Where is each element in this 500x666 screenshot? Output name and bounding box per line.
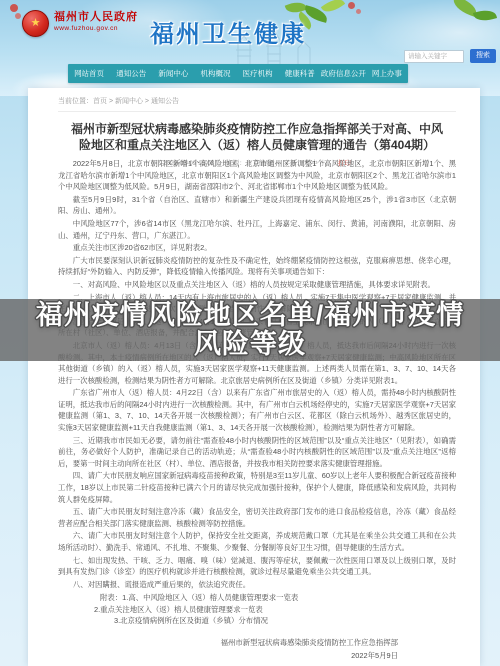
- leaf-icon: [473, 7, 497, 23]
- attachment-item: 2.重点关注地区入（返）榕人员健康管理要求一览表: [94, 604, 456, 616]
- gov-name: 福州市人民政府: [54, 8, 138, 24]
- article-title: 福州市新型冠状病毒感染肺炎疫情防控工作应急指挥部关于对高、中风险地区和重点关注地…: [68, 121, 446, 153]
- article-paragraph: 重点关注市区涉20省62市区，详见附表2。: [58, 242, 456, 254]
- article-paragraph: 八、对因瞒报、谎报造成严重后果的，依法追究责任。: [58, 579, 456, 591]
- search-bar: 搜索: [404, 49, 496, 63]
- watermark-text-line1: 福州疫情风险地区名单/福州市疫情: [36, 301, 465, 330]
- watermark-overlay: 福州疫情风险地区名单/福州市疫情 风险等级: [0, 299, 500, 361]
- article-paragraph: 七、如出现发热、干咳、乏力、咽痛、嗅（味）觉减退、腹泻等症状，要佩戴一次性医用口…: [58, 555, 456, 578]
- gov-url: www.fuzhou.gov.cn: [54, 25, 138, 32]
- article-footer: 附表：1.高、中风险地区入（返）榕人员健康管理要求一览表2.重点关注地区入（返）…: [58, 592, 456, 662]
- gov-logo[interactable]: ★ 福州市人民政府 www.fuzhou.gov.cn: [22, 8, 138, 37]
- article-paragraph: 四、请广大市民朋友响应国家新冠病毒疫苗接种政策，特别是3至11岁儿童、60岁以上…: [58, 470, 456, 505]
- main-nav: 网站首页通知公告新闻中心机构概况医疗机构健康科普政府信息公开网上办事: [68, 64, 408, 83]
- site-banner: ★ 福州市人民政府 www.fuzhou.gov.cn 福州卫生健康 搜索 网站…: [0, 0, 500, 96]
- nav-item[interactable]: 新闻中心: [152, 68, 194, 79]
- flower-decoration: [15, 13, 21, 19]
- nav-item[interactable]: 医疗机构: [237, 68, 279, 79]
- attachment-item: 附表：1.高、中风险地区入（返）榕人员健康管理要求一览表: [100, 592, 456, 604]
- article-paragraph: 六、请广大市民朋友时刻注意个人防护，保持安全社交距离，养成规范戴口罩（尤其是在乘…: [58, 530, 456, 553]
- content-panel: 当前位置：首页 > 新闻中心 > 通知公告 福州市新型冠状病毒感染肺炎疫情防控工…: [28, 88, 480, 666]
- attachment-item: 3.北京疫情病例所在区及街道（乡镇）分布情况: [114, 615, 456, 627]
- article-paragraph: 五、请广大市民朋友时刻注意冷冻（藏）食品安全，密切关注政府部门发布的进口食品检疫…: [58, 506, 456, 529]
- watermark-text-line2: 风险等级: [194, 330, 306, 359]
- signature-block: 福州市新型冠状病毒感染肺炎疫情防控工作应急指挥部 2022年5月9日: [58, 636, 456, 662]
- article-paragraph: 截至5月9日9时，31个省（自治区、直辖市）和新疆生产建设兵团现有疫情高风险地区…: [58, 194, 456, 217]
- search-input[interactable]: [404, 50, 464, 63]
- nav-item[interactable]: 通知公告: [110, 68, 152, 79]
- nav-item[interactable]: 政府信息公开: [321, 68, 366, 79]
- nav-item[interactable]: 网上办事: [366, 68, 408, 79]
- nav-item[interactable]: 健康科普: [279, 68, 321, 79]
- flower-decoration: [356, 9, 361, 14]
- search-button[interactable]: 搜索: [470, 49, 496, 63]
- article-paragraph: 一、对高风险、中风险地区以及重点关注地区入（返）榕的人员按规定采取健康管理措施，…: [58, 279, 456, 291]
- article-paragraph: 广东省广州市人（返）榕人员：4月22日（含）以来有广东省广州市旅居史的入（返）榕…: [58, 387, 456, 433]
- article-paragraph: 中风险地区77个，涉6省14市区（黑龙江哈尔滨、牡丹江，上海嘉定、浦东、闵行、黄…: [58, 218, 456, 241]
- article-paragraph: 2022年5月8日，北京市朝阳区新增1个高风险地区，北京市通州区新调整1个高风险…: [58, 158, 456, 193]
- breadcrumb[interactable]: 当前位置：首页 > 新闻中心 > 通知公告: [58, 93, 456, 112]
- skyline-decoration: [228, 24, 318, 66]
- signature-org: 福州市新型冠状病毒感染肺炎疫情防控工作应急指挥部: [58, 636, 398, 649]
- article-paragraph: 广大市民要深刻认识新冠肺炎疫情防控的复杂性及不确定性，始终绷紧疫情防控这根弦，克…: [58, 255, 456, 278]
- gov-emblem-icon: ★: [22, 10, 49, 37]
- signature-date: 2022年5月9日: [58, 649, 398, 662]
- flower-decoration: [10, 4, 18, 12]
- nav-item[interactable]: 网站首页: [68, 68, 110, 79]
- flower-decoration: [348, 2, 355, 9]
- article-paragraph: 三、近期我市市民如无必要，请勿前往“需查验48小时内核酸阴性的区域范围”以及“重…: [58, 435, 456, 470]
- nav-item[interactable]: 机构概况: [194, 68, 236, 79]
- article-body: 2022年5月8日，北京市朝阳区新增1个高风险地区，北京市通州区新调整1个高风险…: [58, 158, 456, 592]
